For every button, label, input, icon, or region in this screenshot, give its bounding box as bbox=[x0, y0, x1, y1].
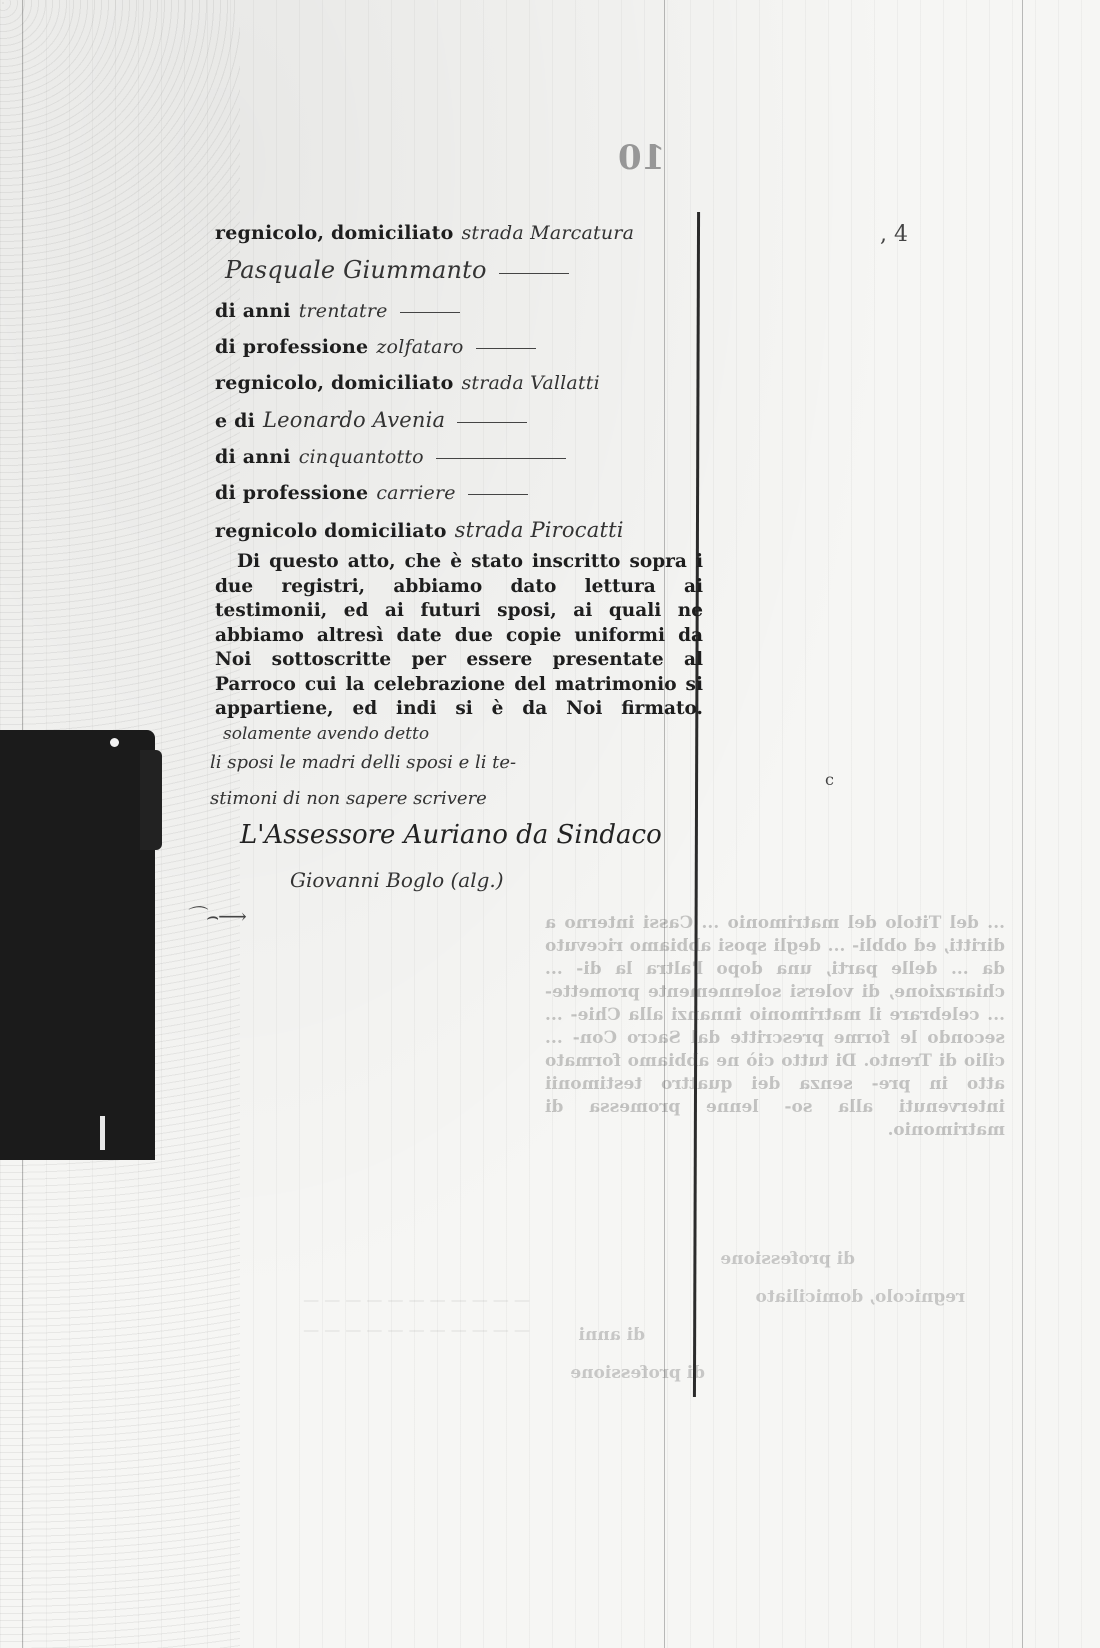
bleed-line: di professione bbox=[545, 1240, 1005, 1278]
entry-profession-1: di professionezolfataro bbox=[215, 336, 536, 358]
entry-age-1: di annitrentatre bbox=[215, 300, 460, 322]
entry-label: di anni bbox=[215, 446, 291, 468]
signature-second-line: Giovanni Boglo (alg.) bbox=[290, 868, 504, 892]
entry-parent: e diLeonardo Avenia bbox=[215, 408, 527, 432]
entry-label: di professione bbox=[215, 336, 368, 358]
binding-tab bbox=[0, 730, 155, 1160]
fill-dash bbox=[436, 458, 566, 459]
note-line: li sposi le madri delli sposi e li te- bbox=[210, 745, 710, 781]
bleed-through-left: — — — — — — — — — — —— — — — — — — — — —… bbox=[170, 1285, 530, 1345]
ink-mark: , 4 bbox=[880, 222, 908, 247]
bleed-through-lower: di professione regnicolo, domiciliato di… bbox=[545, 1240, 1005, 1392]
handwritten-notes: li sposi le madri delli sposi e li te- s… bbox=[210, 745, 710, 817]
entry-residence-3: regnicolo domiciliatostrada Pirocatti bbox=[215, 518, 624, 542]
entry-label: di anni bbox=[215, 300, 291, 322]
fold-line bbox=[1022, 0, 1023, 1648]
signature: L'Assessore Auriano da Sindaco bbox=[240, 820, 662, 850]
closing-paragraph: Di questo atto, che è stato inscritto so… bbox=[215, 550, 703, 746]
entry-handwritten: cinquantotto bbox=[299, 446, 424, 468]
entry-label: di professione bbox=[215, 482, 368, 504]
closing-handwritten: solamente avendo detto bbox=[223, 724, 429, 744]
entry-handwritten: strada Marcatura bbox=[461, 222, 634, 244]
page-number: 10 bbox=[618, 138, 665, 178]
entry-label: regnicolo, domiciliato bbox=[215, 372, 453, 394]
fill-dash bbox=[400, 312, 460, 313]
entry-handwritten: strada Pirocatti bbox=[455, 518, 624, 542]
entry-handwritten: carriere bbox=[376, 482, 455, 504]
bleed-line: di anni bbox=[545, 1316, 1005, 1354]
entry-label: e di bbox=[215, 410, 255, 432]
entry-handwritten: Leonardo Avenia bbox=[263, 408, 445, 432]
entry-handwritten: zolfataro bbox=[376, 336, 463, 358]
ink-mark: c bbox=[825, 770, 834, 789]
entry-handwritten: strada Vallatti bbox=[461, 372, 599, 394]
entry-profession-2: di professionecarriere bbox=[215, 482, 528, 504]
entry-handwritten: trentatre bbox=[299, 300, 388, 322]
entry-residence-2: regnicolo, domiciliatostrada Vallatti bbox=[215, 372, 600, 394]
tab-notch bbox=[100, 1116, 105, 1150]
fold-line bbox=[664, 0, 665, 1648]
entry-label: regnicolo, domiciliato bbox=[215, 222, 453, 244]
entry-label: regnicolo domiciliato bbox=[215, 520, 447, 542]
entry-residence-1: regnicolo, domiciliatostrada Marcatura bbox=[215, 222, 634, 244]
bleed-line: regnicolo, domiciliato bbox=[545, 1278, 1005, 1316]
entry-handwritten: Pasquale Giummanto bbox=[225, 256, 487, 284]
fill-dash bbox=[476, 348, 536, 349]
fill-dash bbox=[457, 422, 527, 423]
bleed-through-text: ... del Titolo del matrimonio ... Cassi … bbox=[545, 912, 1005, 1142]
fill-dash bbox=[468, 494, 528, 495]
closing-text: Di questo atto, che è stato inscritto so… bbox=[215, 551, 703, 719]
punch-hole bbox=[110, 738, 119, 747]
signature-flourish: ⌒⌢⟶ bbox=[185, 900, 247, 929]
note-line: stimoni di non sapere scrivere bbox=[210, 781, 710, 817]
scanned-page: 10 regnicolo, domiciliatostrada Marcatur… bbox=[0, 0, 1100, 1648]
tab-edge bbox=[140, 750, 162, 850]
entry-age-2: di annicinquantotto bbox=[215, 446, 566, 468]
bleed-line: di professione bbox=[545, 1354, 1005, 1392]
entry-name-1: Pasquale Giummanto bbox=[215, 256, 569, 284]
fill-dash bbox=[499, 273, 569, 274]
